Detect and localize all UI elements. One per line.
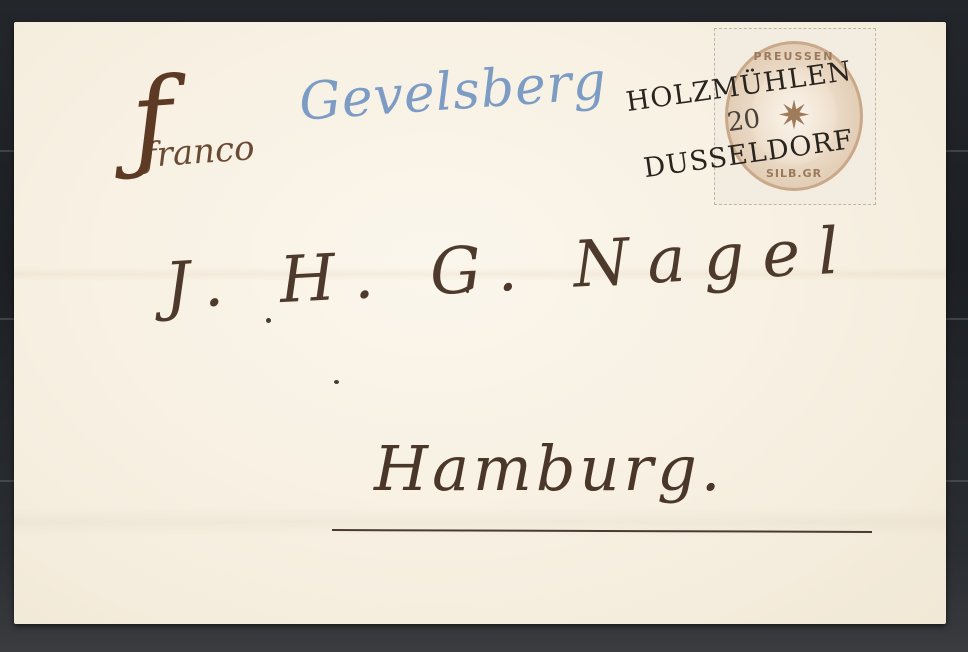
franco-annotation: ƒ franco xyxy=(143,128,256,176)
origin-town-pencil: Gevelsberg xyxy=(297,51,608,132)
franco-flourish: ƒ xyxy=(127,54,177,185)
ink-speck xyxy=(466,290,469,293)
postal-cover: ƒ franco Gevelsberg J. H. G. Nagel Hambu… xyxy=(14,22,946,624)
addressee-name: J. H. G. Nagel xyxy=(163,214,859,324)
ink-speck xyxy=(334,380,339,384)
ink-speck xyxy=(266,318,271,323)
destination-city: Hamburg. xyxy=(374,432,724,505)
